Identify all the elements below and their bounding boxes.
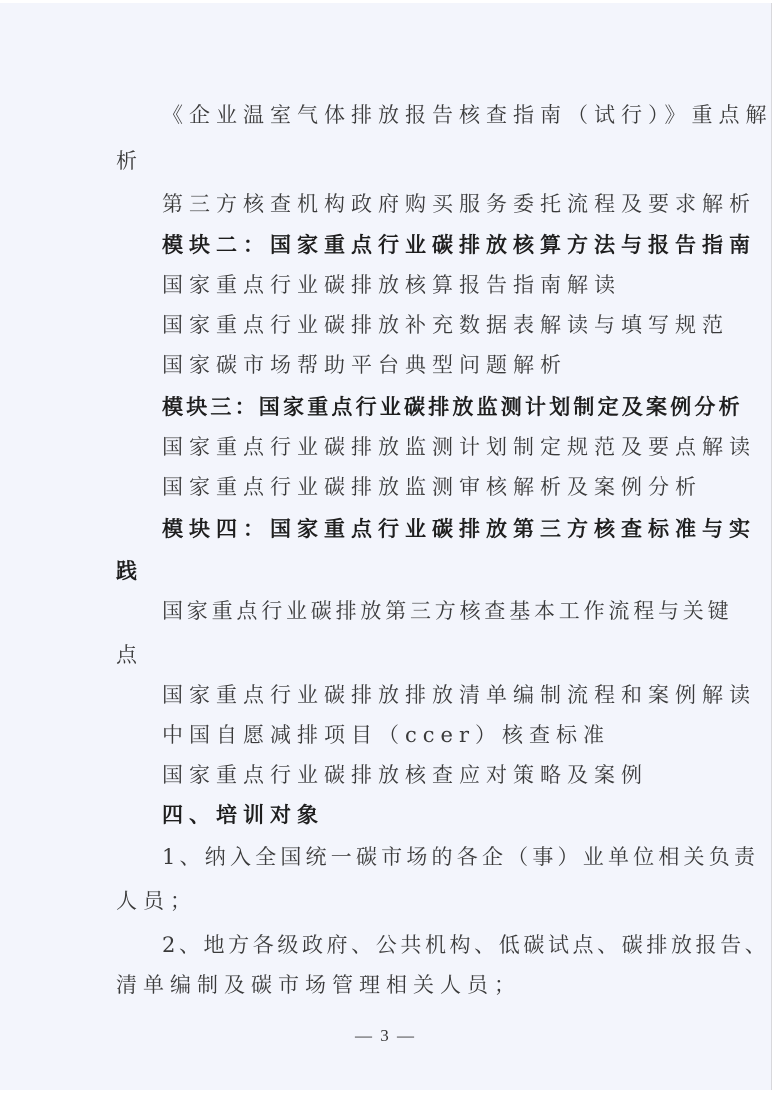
line-inventory-compilation: 国家重点行业碳排放排放清单编制流程和案例解读 — [162, 680, 756, 710]
module-2-heading: 模块二：国家重点行业碳排放核算方法与报告指南 — [162, 230, 756, 260]
audience-item-2-cont: 清单编制及碳市场管理相关人员； — [116, 970, 521, 1000]
audience-item-1-cont: 人员； — [116, 886, 197, 916]
line-third-party-procurement: 第三方核查机构政府购买服务委托流程及要求解析 — [162, 189, 756, 219]
section-4-heading: 四、培训对象 — [162, 800, 324, 830]
line-help-platform: 国家碳市场帮助平台典型问题解析 — [162, 350, 567, 380]
page-number: — 3 — — [0, 1026, 771, 1046]
module-3-heading: 模块三：国家重点行业碳排放监测计划制定及案例分析 — [162, 392, 743, 422]
line-verification-workflow-cont: 点 — [116, 640, 143, 670]
line-accounting-guide: 国家重点行业碳排放核算报告指南解读 — [162, 270, 621, 300]
module-4-heading: 模块四：国家重点行业碳排放第三方核查标准与实 — [162, 514, 756, 544]
line-monitoring-plan: 国家重点行业碳排放监测计划制定规范及要点解读 — [162, 432, 756, 462]
line-guide-title: 《企业温室气体排放报告核查指南（试行）》重点解 — [162, 100, 773, 130]
line-response-strategy: 国家重点行业碳排放核查应对策略及案例 — [162, 760, 648, 790]
line-verification-workflow: 国家重点行业碳排放第三方核查基本工作流程与关键 — [162, 596, 732, 626]
line-supplementary-data: 国家重点行业碳排放补充数据表解读与填写规范 — [162, 310, 729, 340]
document-page: 《企业温室气体排放报告核查指南（试行）》重点解 析 第三方核查机构政府购买服务委… — [0, 3, 772, 1090]
audience-item-1: 1、纳入全国统一碳市场的各企（事）业单位相关负责 — [162, 842, 759, 872]
module-4-heading-cont: 践 — [116, 556, 143, 586]
line-monitoring-review: 国家重点行业碳排放监测审核解析及案例分析 — [162, 472, 702, 502]
line-guide-title-cont: 析 — [116, 146, 143, 176]
line-ccer-standard: 中国自愿减排项目（ccer）核查标准 — [162, 720, 610, 750]
audience-item-2: 2、地方各级政府、公共机构、低碳试点、碳排放报告、 — [162, 930, 769, 960]
